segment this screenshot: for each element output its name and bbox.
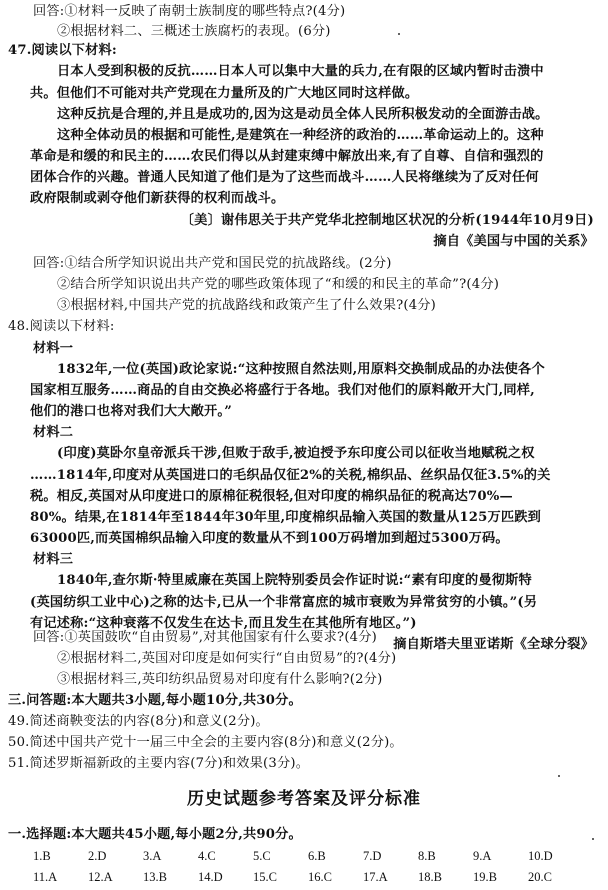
q47-ask-3: ③根据材料,中国共产党的抗战路线和政策产生了什么效果?(4分) [57, 297, 436, 315]
q50: 50.简述中国共产党十一届三中全会的主要内容(8分)和意义(2分)。 [8, 734, 403, 752]
answer-row-2: 11.A 12.A 13.B 14.D 15.C 16.C 17.A 18.B … [33, 868, 583, 886]
q47-para1-line2: 共。但他们不可能对共产党现在力量所及的广大地区同时这样做。 [30, 85, 418, 103]
scan-speck [592, 838, 594, 840]
scan-speck [398, 33, 400, 35]
q47-para3-line3: 团体合作的兴趣。普通人民知道了他们是为了这些而战斗……人民将继续为了反对任何 [30, 169, 539, 187]
q47-ask-2: ②结合所学知识说出共产党的哪些政策体现了“和缓的和民主的革命”?(4分) [57, 276, 499, 294]
q48-m2-line4: 80%。结果,在1814年至1844年30年里,印度棉织品输入英国的数量从125… [30, 509, 541, 527]
q48-m2-line2: ……1814年,印度对从英国进口的毛织品仅征2%的关税,棉织品、丝织品仅征3.5… [30, 467, 550, 485]
q47-source-2: 摘自《美国与中国的关系》 [433, 233, 594, 251]
answer-5: 5.C [253, 847, 308, 865]
q48-heading: 48.阅读以下材料: [8, 318, 115, 336]
q48-m1-line3: 他们的港口也将对我们大大敞开。” [30, 403, 232, 421]
answer-3: 3.A [143, 847, 198, 865]
answer-11: 11.A [33, 868, 88, 886]
q48-material-3-label: 材料三 [33, 551, 73, 569]
answer-9: 9.A [473, 847, 528, 865]
answer-key-section-1-heading: 一.选择题:本大题共45小题,每小题2分,共90分。 [8, 826, 302, 844]
answer-13: 13.B [143, 868, 198, 886]
q48-material-2-label: 材料二 [33, 424, 73, 442]
answer-6: 6.B [308, 847, 363, 865]
q46-ask-1: 回答:①材料一反映了南朝士族制度的哪些特点?(4分) [33, 3, 345, 21]
answer-row-1: 1.B 2.D 3.A 4.C 5.C 6.B 7.D 8.B 9.A 10.D [33, 847, 583, 865]
q48-m3-line2: (英国纺织工业中心)之称的达卡,已从一个非常富庶的城市衰败为异常贫穷的小镇。”(… [30, 594, 537, 612]
q48-m2-line5: 63000匹,而英国棉织品输入印度的数量从不到100万码增加到超过5300万码。 [30, 530, 509, 548]
q48-ask-1: 回答:①英国鼓吹“自由贸易”,对其他国家有什么要求?(4分) [33, 629, 377, 647]
q49: 49.简述商鞅变法的内容(8分)和意义(2分)。 [8, 713, 269, 731]
q48-material-1-label: 材料一 [33, 340, 73, 358]
scan-speck [558, 775, 560, 777]
answer-8: 8.B [418, 847, 473, 865]
answer-19: 19.B [473, 868, 528, 886]
q48-ask-3: ③根据材料三,英印纺织品贸易对印度有什么影响?(2分) [57, 671, 382, 689]
answer-1: 1.B [33, 847, 88, 865]
answer-15: 15.C [253, 868, 308, 886]
answer-17: 17.A [363, 868, 418, 886]
q48-m2-line3: 税。相反,英国对从印度进口的原棉征税很轻,但对印度的棉织品征的税高达70%— [30, 488, 513, 506]
q48-source: 摘自斯塔夫里亚诺斯《全球分裂》 [393, 636, 594, 654]
q46-ask-2: ②根据材料二、三概述士族腐朽的表现。(6分) [57, 23, 331, 41]
q47-para3-line2: 革命是和缓的和民主的……农民们得以从封建束缚中解放出来,有了自尊、自信和强烈的 [30, 148, 544, 166]
answer-7: 7.D [363, 847, 418, 865]
q48-m1-line2: 国家相互服务……商品的自由交换必将盛行于各地。我们对他们的原料敞开大门,同样, [30, 382, 535, 400]
q47-para1-line1: 日本人受到积极的反抗……日本人可以集中大量的兵力,在有限的区域内暂时击溃中 [57, 63, 544, 81]
q48-m2-line1: (印度)莫卧尔皇帝派兵干涉,但败于敌手,被迫授予东印度公司以征收当地赋税之权 [57, 445, 535, 463]
q47-para2: 这种反抗是合理的,并且是成功的,因为这是动员全体人民所积极发动的全面游击战。 [57, 106, 549, 124]
q47-ask-1: 回答:①结合所学知识说出共产党和国民党的抗战路线。(2分) [33, 255, 392, 273]
q48-m3-line1: 1840年,查尔斯·特里威廉在英国上院特别委员会作证时说:“素有印度的曼彻斯特 [57, 572, 532, 590]
q47-para3-line4: 政府限制或剥夺他们新获得的权利而战斗。 [30, 190, 284, 208]
q51: 51.简述罗斯福新政的主要内容(7分)和效果(3分)。 [8, 755, 309, 773]
exam-page: 回答:①材料一反映了南朝士族制度的哪些特点?(4分) ②根据材料二、三概述士族腐… [0, 0, 608, 890]
answer-10: 10.D [528, 847, 583, 865]
section-3-heading: 三.问答题:本大题共3小题,每小题10分,共30分。 [8, 692, 302, 710]
q47-para3-line1: 这种全体动员的根据和可能性,是建筑在一种经济的政治的……革命运动上的。这种 [57, 127, 544, 145]
answer-12: 12.A [88, 868, 143, 886]
answer-4: 4.C [198, 847, 253, 865]
answer-20: 20.C [528, 868, 583, 886]
answer-14: 14.D [198, 868, 253, 886]
q47-source-1: 〔美〕谢伟思关于共产党华北控制地区状况的分析(1944年10月9日) [181, 212, 594, 230]
answer-16: 16.C [308, 868, 363, 886]
q48-m1-line1: 1832年,一位(英国)政论家说:“这种按照自然法则,用原料交换制成品的办法使各… [57, 361, 545, 379]
answer-18: 18.B [418, 868, 473, 886]
answer-2: 2.D [88, 847, 143, 865]
q48-ask-2: ②根据材料二,英国对印度是如何实行“自由贸易”的?(4分) [57, 650, 396, 668]
q47-heading: 47.阅读以下材料: [8, 42, 117, 60]
answer-key-title: 历史试题参考答案及评分标准 [0, 784, 608, 809]
